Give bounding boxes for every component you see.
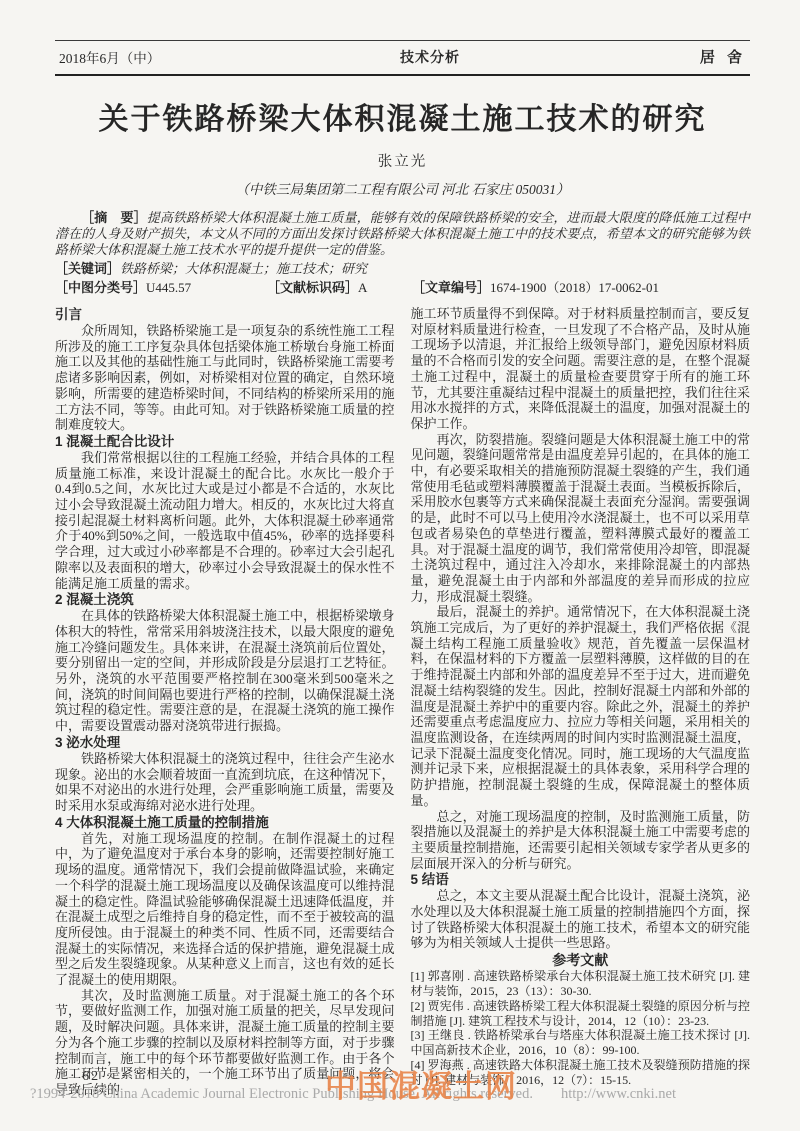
article-title: 关于铁路桥梁大体积混凝土施工技术的研究	[55, 94, 750, 138]
section-heading: 1 混凝土配合比设计	[55, 433, 395, 450]
paragraph: 我们常常根据以往的工程施工经验，并结合具体的工程质量施工标准，来设计混凝土的配合…	[55, 450, 395, 591]
journal-header: 2018年6月（中） 技术分析 居 舍	[55, 40, 750, 76]
page-number: · 62 ·	[70, 1069, 112, 1085]
page-content: 2018年6月（中） 技术分析 居 舍 关于铁路桥梁大体积混凝土施工技术的研究 …	[55, 40, 750, 1098]
article-author: 张立光	[55, 150, 750, 171]
paragraph-continuation: 施工环节质量得不到保障。对于材料质量控制而言，要反复对原材料质量进行检查，一旦发…	[411, 306, 751, 432]
paragraph: 再次，防裂措施。裂缝问题是大体积混凝土施工中的常见问题，裂缝问题常常是由温度差异…	[411, 432, 751, 605]
section-heading: 4 大体积混凝土施工质量的控制措施	[55, 814, 395, 831]
keywords-label: ［关键词］	[55, 261, 120, 276]
document-code: ［文献标识码］A	[267, 280, 412, 296]
classification-line: ［中图分类号］U445.57 ［文献标识码］A ［文章编号］1674-1900（…	[55, 280, 750, 296]
abstract: ［摘 要］提高铁路桥梁大体积混凝土施工质量，能够有效的保障铁路桥梁的安全，进而最…	[55, 210, 750, 259]
column-name: 技术分析	[400, 47, 460, 67]
body-columns: 引言 众所周知，铁路桥梁施工是一项复杂的系统性施工工程所涉及的施工工序复杂具体包…	[55, 306, 750, 1098]
paragraph: 总之，本文主要从混凝土配合比设计，混凝土浇筑，泌水处理以及大体积混凝土施工质量的…	[411, 888, 751, 951]
section-heading: 引言	[55, 306, 395, 323]
article-affiliation: （中铁三局集团第二工程有限公司 河北 石家庄 050031）	[55, 178, 750, 198]
section-heading: 3 泌水处理	[55, 734, 395, 751]
left-column: 引言 众所周知，铁路桥梁施工是一项复杂的系统性施工工程所涉及的施工工序复杂具体包…	[55, 306, 395, 1098]
paragraph: 在具体的铁路桥梁大体积混凝土施工中，根据桥梁墩身体积大的特性，常常采用斜坡浇注技…	[55, 608, 395, 734]
reference-item: [1] 郭喜刚 . 高速铁路桥梁承台大体积混凝土施工技术研究 [J]. 建材与装…	[411, 969, 751, 999]
issue-date: 2018年6月（中）	[59, 47, 160, 67]
abstract-label: ［摘 要］	[81, 210, 147, 225]
references-heading: 参考文献	[411, 951, 751, 969]
paragraph: 首先，对施工现场温度的控制。在制作混凝土的过程中，为了避免温度对于承台本身的影响…	[55, 831, 395, 988]
paragraph: 最后，混凝土的养护。通常情况下，在大体积混凝土浇筑施工完成后，为了更好的养护混凝…	[411, 604, 751, 808]
reference-item: [2] 贾宪伟 . 高速铁路桥梁工程大体积混凝土裂缝的原因分析与控制措施 [J]…	[411, 999, 751, 1029]
article-meta: ［摘 要］提高铁路桥梁大体积混凝土施工质量，能够有效的保障铁路桥梁的安全，进而最…	[55, 210, 750, 296]
cnki-url: http://www.cnki.net	[561, 1086, 676, 1102]
journal-page: 2018年6月（中） 技术分析 居 舍 关于铁路桥梁大体积混凝土施工技术的研究 …	[0, 0, 800, 1131]
right-column: 施工环节质量得不到保障。对于材料质量控制而言，要反复对原材料质量进行检查，一旦发…	[411, 306, 751, 1098]
paragraph: 铁路桥梁大体积混凝土的浇筑过程中，往往会产生泌水现象。泌出的水会顺着坡面一直流到…	[55, 751, 395, 814]
keywords: ［关键词］铁路桥梁；大体积混凝土；施工技术；研究	[55, 261, 750, 277]
article-number: ［文章编号］1674-1900（2018）17-0062-01	[412, 280, 750, 296]
section-heading: 2 混凝土浇筑	[55, 591, 395, 608]
watermark: 中国混凝土网	[325, 1061, 517, 1106]
journal-name: 居 舍	[700, 46, 746, 67]
keywords-text: 铁路桥梁；大体积混凝土；施工技术；研究	[120, 261, 367, 276]
reference-item: [3] 王继良 . 铁路桥梁承台与塔座大体积混凝土施工技术探讨 [J]. 中国高…	[411, 1028, 751, 1058]
paragraph: 众所周知，铁路桥梁施工是一项复杂的系统性施工工程所涉及的施工工序复杂具体包括梁体…	[55, 323, 395, 433]
paragraph: 总之，对施工现场温度的控制，及时监测施工质量，防裂措施以及混凝土的养护是大体积混…	[411, 809, 751, 872]
section-heading: 5 结语	[411, 871, 751, 888]
clc-number: ［中图分类号］U445.57	[55, 280, 267, 296]
abstract-text: 提高铁路桥梁大体积混凝土施工质量，能够有效的保障铁路桥梁的安全，进而最大限度的降…	[55, 210, 750, 257]
